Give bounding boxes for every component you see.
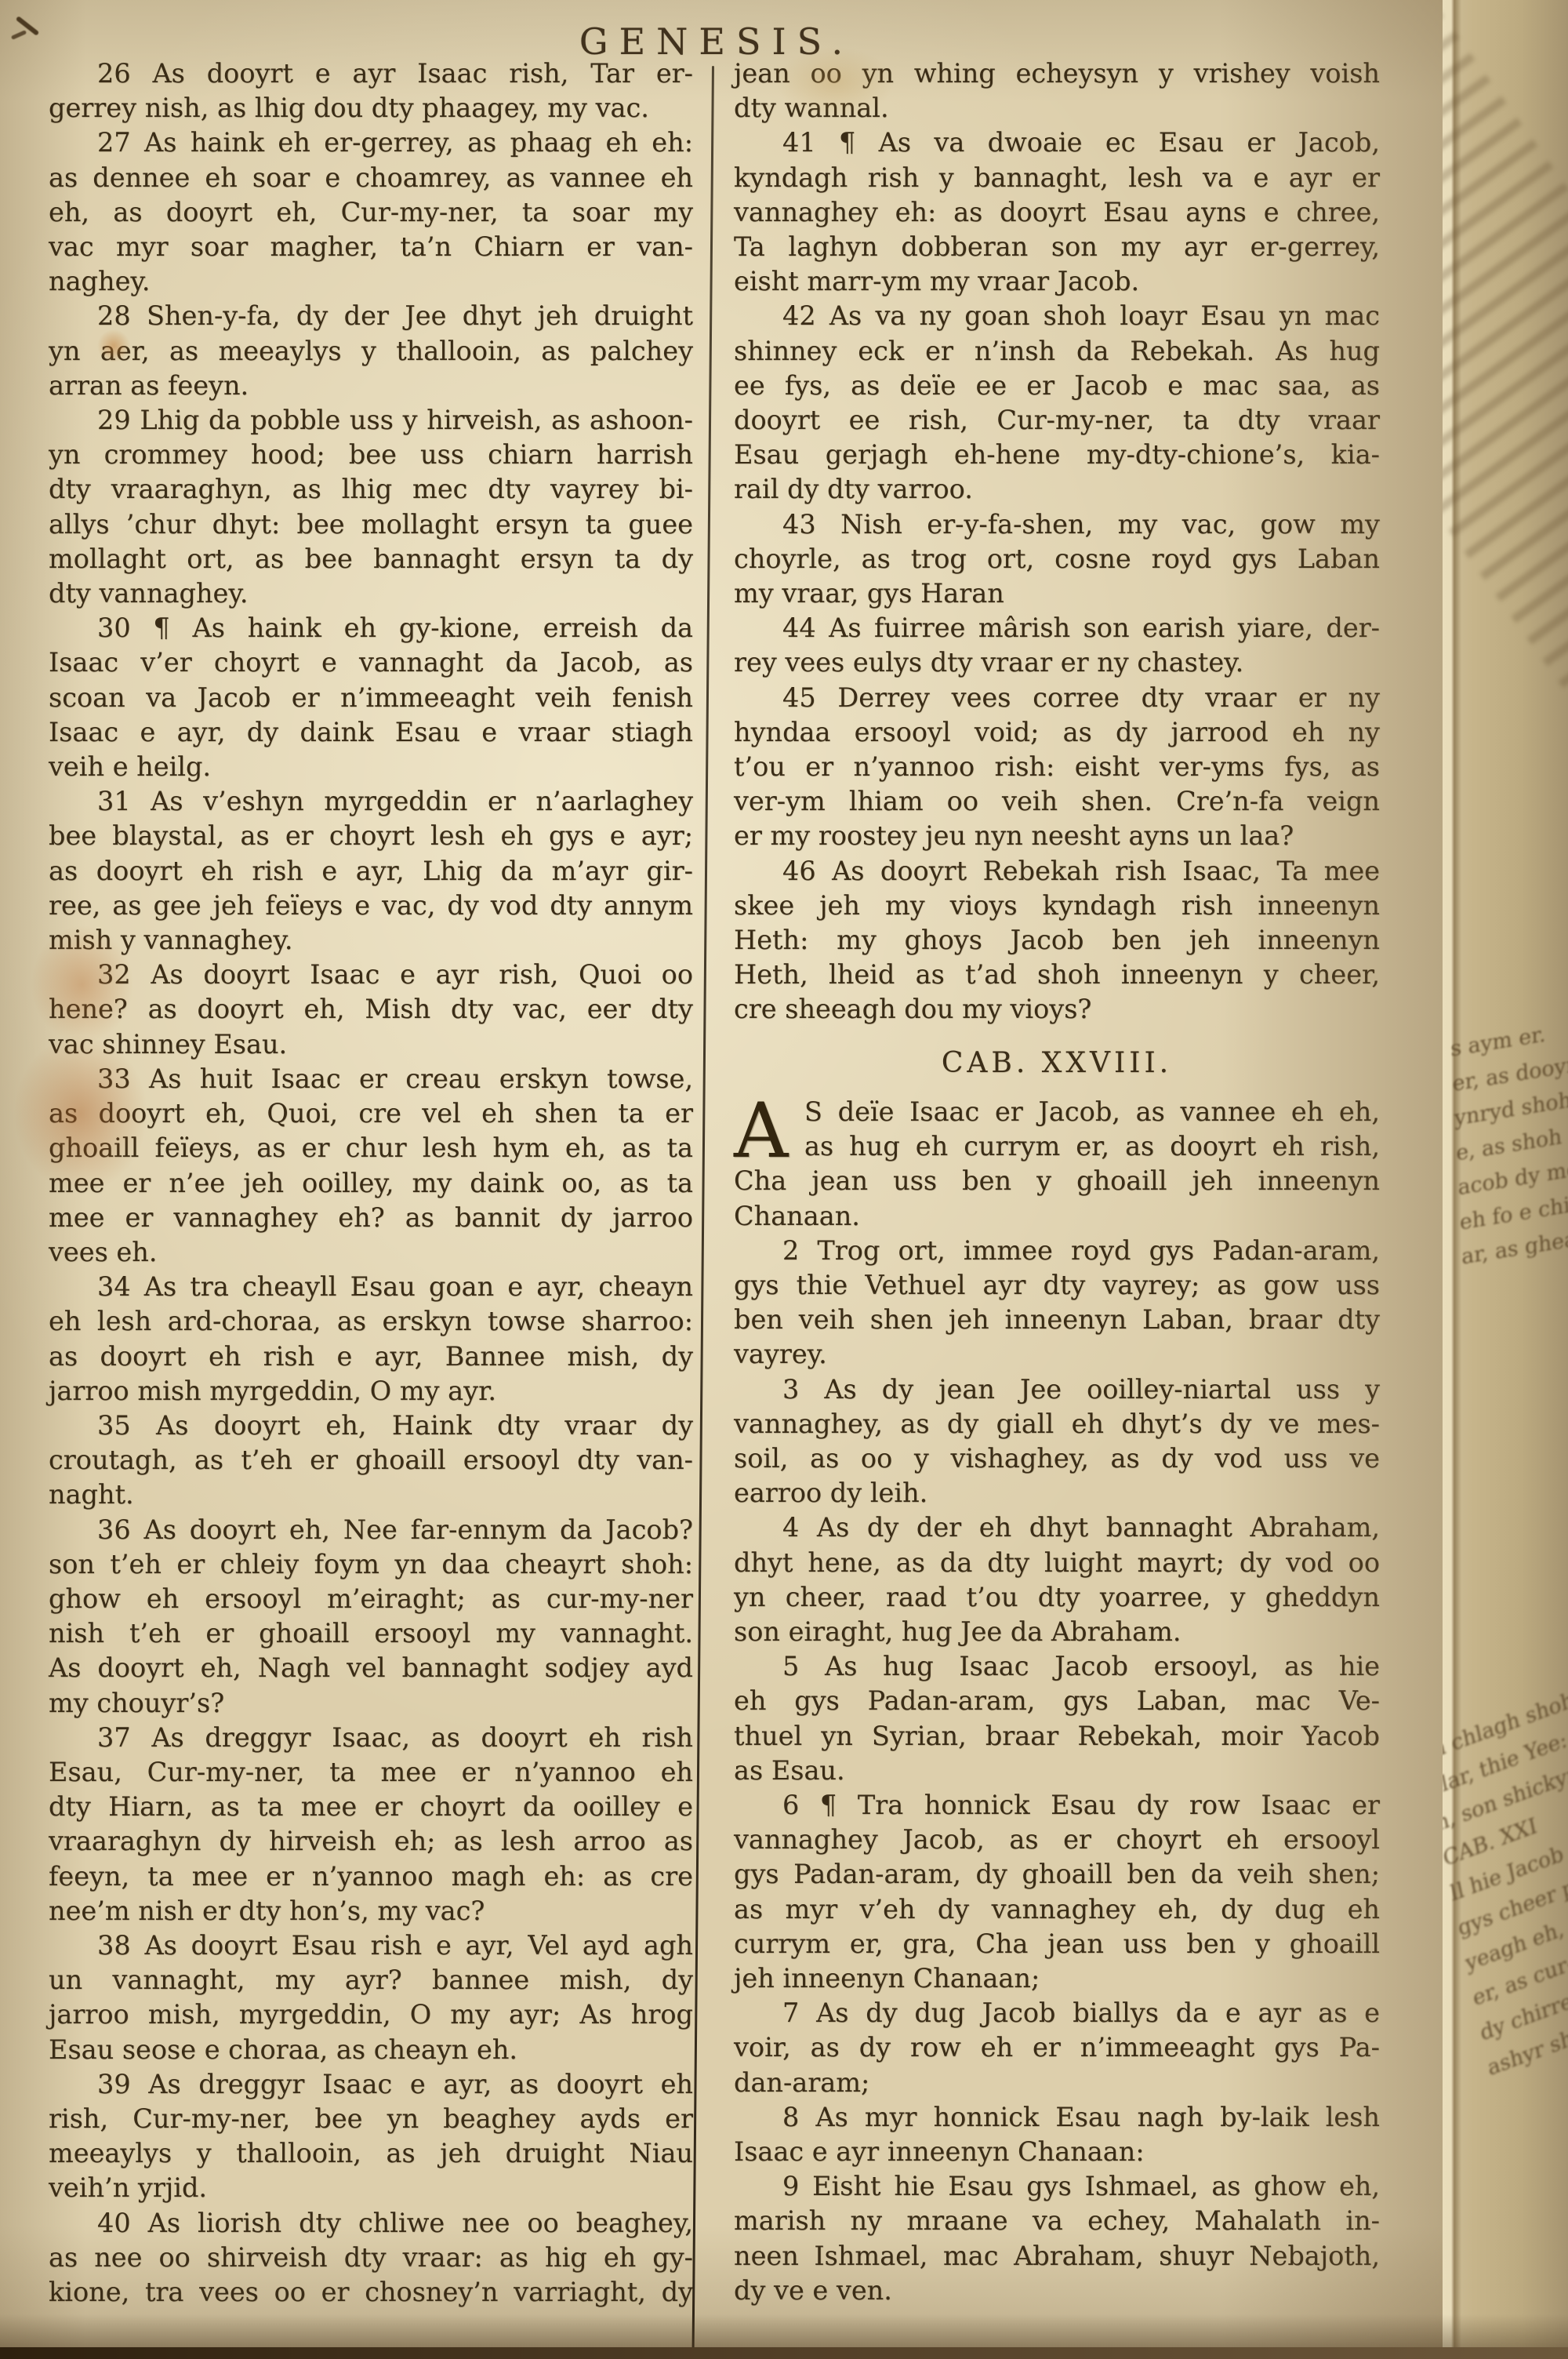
text-line: bee blaystal, as er choyrt lesh eh gys e…	[49, 819, 693, 853]
text-line: 39 As dreggyr Isaac e ayr, as dooyrt eh	[49, 2067, 693, 2102]
text-line: 31 As v’eshyn myrgeddin er n’aarlaghey	[49, 784, 693, 819]
ink-stroke	[11, 30, 27, 40]
text-line: yn aer, as meeaylys y thallooin, as palc…	[49, 334, 693, 369]
text-line: mollaght ort, as bee bannaght ersyn ta d…	[49, 542, 693, 576]
text-line: feeyn, ta mee er n’yannoo magh eh: as cr…	[49, 1859, 693, 1894]
text-line: scoan va Jacob er n’immeeaght veih fenis…	[49, 681, 693, 715]
text-line: 26 As dooyrt e ayr Isaac rish, Tar er-	[49, 56, 693, 91]
text-line: 32 As dooyrt Isaac e ayr rish, Quoi oo	[49, 958, 693, 992]
text-line: jarroo mish myrgeddin, O my ayr.	[49, 1374, 693, 1408]
gutter-shading	[1219, 0, 1443, 2359]
text-line: veih’n yrjid.	[49, 2171, 693, 2205]
bottom-shading	[0, 2314, 1568, 2349]
text-line: hene? as dooyrt eh, Mish dty vac, eer dt…	[49, 992, 693, 1027]
text-line: naght.	[49, 1478, 693, 1512]
text-line: vraaraghyn dy hirveish eh; as lesh arroo…	[49, 1824, 693, 1859]
photo-bottom-edge	[0, 2347, 1568, 2359]
text-line: Isaac v’er choyrt e vannaght da Jacob, a…	[49, 645, 693, 680]
text-line: 37 As dreggyr Isaac, as dooyrt eh rish	[49, 1721, 693, 1755]
text-line: rish, Cur-my-ner, bee yn beaghey ayds er	[49, 2102, 693, 2136]
text-line: Esau seose e choraa, as cheayn eh.	[49, 2033, 693, 2067]
text-line: jarroo mish, myrgeddin, O my ayr; As hro…	[49, 1997, 693, 2032]
text-line: Esau, Cur-my-ner, ta mee er n’yannoo eh	[49, 1755, 693, 1790]
text-line: ree, as gee jeh feïeys e vac, dy vod dty…	[49, 889, 693, 923]
text-line: mee er vannaghey eh? as bannit dy jarroo	[49, 1201, 693, 1235]
text-line: kione, tra vees oo er chosney’n varriagh…	[49, 2275, 693, 2310]
text-line: vac myr soar magher, ta’n Chiarn er van-	[49, 230, 693, 264]
text-line: 27 As haink eh er-gerrey, as phaag eh eh…	[49, 125, 693, 160]
text-line: 35 As dooyrt eh, Haink dty vraar dy	[49, 1408, 693, 1443]
text-line: 30 ¶ As haink eh gy-kione, erreish da	[49, 611, 693, 645]
scanned-book-page: GENESIS. 26 As dooyrt e ayr Isaac rish, …	[0, 0, 1568, 2359]
text-line: croutagh, as t’eh er ghoaill ersooyl dty…	[49, 1443, 693, 1478]
text-line: gerrey nish, as lhig dou dty phaagey, my…	[49, 91, 693, 125]
text-line: ghow eh ersooyl m’eiraght; as cur-my-ner	[49, 1582, 693, 1616]
text-line: as nee oo shirveish dty vraar: as hig eh…	[49, 2241, 693, 2275]
text-line: dty Hiarn, as ta mee er choyrt da ooille…	[49, 1790, 693, 1824]
text-line: 40 As liorish dty chliwe nee oo beaghey,	[49, 2206, 693, 2241]
facing-page-text-fragments: s aym er.er, as dooyrynryd shohe, as sho…	[1450, 1005, 1568, 1275]
blurred-text-stripes	[1443, 0, 1568, 903]
text-line: naghey.	[49, 264, 693, 299]
text-line: 33 As huit Isaac er creau erskyn towse,	[49, 1062, 693, 1096]
text-line: ghoaill feïeys, as er chur lesh hym eh, …	[49, 1131, 693, 1165]
text-line: as dennee eh soar e choamrey, as vannee …	[49, 161, 693, 195]
text-line: mee er n’ee jeh ooilley, my daink oo, as…	[49, 1166, 693, 1201]
text-line: 38 As dooyrt Esau rish e ayr, Vel ayd ag…	[49, 1928, 693, 1963]
text-line: dty vraaraghyn, as lhig mec dty vayrey b…	[49, 472, 693, 507]
column-divider-rule	[692, 66, 714, 2350]
text-line: veih e heilg.	[49, 750, 693, 784]
text-line: 36 As dooyrt eh, Nee far-ennym da Jacob?	[49, 1513, 693, 1547]
left-text-column: 26 As dooyrt e ayr Isaac rish, Tar er-ge…	[49, 56, 693, 2310]
facing-page-edge: s aym er.er, as dooyrynryd shohe, as sho…	[1443, 0, 1568, 2359]
text-line: as dooyrt eh rish e ayr, Lhig da m’ayr g…	[49, 854, 693, 889]
text-line: nish t’eh er ghoaill ersooyl my vannaght…	[49, 1616, 693, 1651]
text-line: vees eh.	[49, 1235, 693, 1270]
text-line: As dooyrt eh, Nagh vel bannaght sodjey a…	[49, 1651, 693, 1685]
text-line: my chouyr’s?	[49, 1686, 693, 1721]
text-line: meeaylys y thallooin, as jeh druight Nia…	[49, 2136, 693, 2171]
text-line: allys ’chur dhyt: bee mollaght ersyn ta …	[49, 507, 693, 542]
text-line: nee’m nish er dty hon’s, my vac?	[49, 1894, 693, 1928]
text-line: as dooyrt eh rish e ayr, Bannee mish, dy	[49, 1339, 693, 1374]
text-line: vac shinney Esau.	[49, 1027, 693, 1062]
text-line: as dooyrt eh, Quoi, cre vel eh shen ta e…	[49, 1096, 693, 1131]
text-line: 28 Shen-y-fa, dy der Jee dhyt jeh druigh…	[49, 299, 693, 333]
text-line: dty vannaghey.	[49, 576, 693, 611]
text-line: son t’eh er chleiy foym yn daa cheayrt s…	[49, 1547, 693, 1582]
text-line: yn crommey hood; bee uss chiarn harrish	[49, 438, 693, 472]
facing-page-text-fragments: yn chlagh shohplar, thie Yee:n, son shic…	[1443, 1670, 1568, 2086]
text-line: Isaac e ayr, dy daink Esau e vraar stiag…	[49, 715, 693, 750]
text-line: arran as feeyn.	[49, 369, 693, 403]
text-line: 29 Lhig da pobble uss y hirveish, as ash…	[49, 403, 693, 438]
text-line: mish y vannaghey.	[49, 923, 693, 958]
text-line: 34 As tra cheayll Esau goan e ayr, cheay…	[49, 1270, 693, 1304]
text-line: un vannaght, my ayr? bannee mish, dy	[49, 1963, 693, 1997]
ink-scribble-mark	[9, 13, 56, 60]
text-line: eh lesh ard-choraa, as erskyn towse shar…	[49, 1304, 693, 1339]
text-line: eh, as dooyrt eh, Cur-my-ner, ta soar my	[49, 195, 693, 230]
